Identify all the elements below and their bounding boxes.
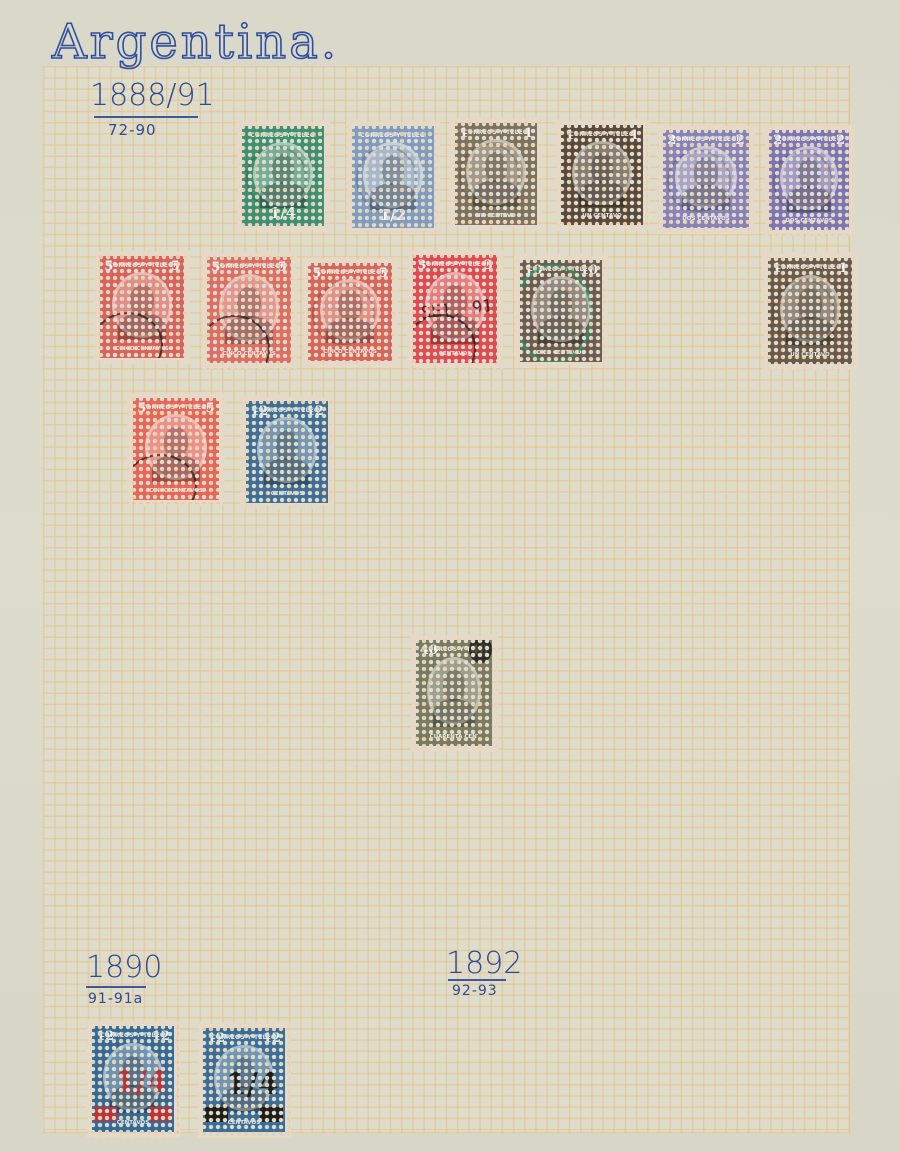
portrait-bust [433,699,476,727]
stamp-design: CORREOS Y TELEGRAFOS22DOS CENTAVOS [663,130,749,228]
stamp-5-s7: CORREOS Y TELEGRAFOS55CINCO CENTAVOS [94,250,190,364]
stamp-design: CORREOS Y TELEGRAFOS1010DIEZ CENTAVOS [520,260,602,362]
stamp-design: CORREOS Y TELEGRAFOS11UN CENTAVO [455,123,537,225]
portrait-head [164,427,188,458]
stamp-design: CORREOS Y TELEGRAFOS1212CENTAVOS [246,401,328,503]
stamp-denomination: 2 [667,134,676,147]
stamp-denomination: 40 [420,644,438,657]
portrait-head [276,430,299,461]
section-underline [448,979,506,981]
stamp-12-s14: CORREOS Y TELEGRAFOS1212CENTAVOS [240,395,334,509]
postmark-cancel [356,146,417,211]
stamp-denomination: 5 [171,260,180,273]
stamp-bottom-label: UN CENTAVO [470,213,523,219]
portrait-bust [579,181,625,207]
stamp-bottom-label: UN CENTAVO [576,213,629,219]
stamp-1-s3: CORREOS Y TELEGRAFOS11UN CENTAVO [449,117,543,231]
stamp-denomination: 1 [565,129,574,142]
stamp-denomination: 5 [379,267,388,280]
stamp-design: CORREOS Y TELEGRAFOS55CINCO CENTAVOS [308,263,392,361]
stamp-top-label: CORREOS Y TELEGRAFOS [142,404,211,411]
stamp-bottom-label: CINCO CENTAVOS [323,349,377,355]
section-catalog-92-93: 92-93 [452,983,498,999]
stamp-1-s4: CORREOS Y TELEGRAFOS11UN CENTAVO [555,119,649,231]
stamp-top-label: CORREOS Y TELEGRAFOS [672,136,741,143]
postmark-cancel [312,283,375,346]
stamp-denomination: 1 [630,129,639,142]
surcharge-overprint: 1/4 [226,1070,279,1100]
stamp-bottom-label: CUARENTA CENTS [430,734,479,740]
section-underline [86,986,146,988]
stamp-bottom-label: DOS CENTAVOS [678,216,733,222]
stamp-design: CORREOS Y TELEGRAFOS55CINCO CENTAVOS [100,256,184,358]
stamp-denomination: 2 [836,134,845,147]
stamp-1-2-s2: CORREOS Y TELEGRAFOS1/2 [346,120,440,234]
country-title: Argentina. [52,14,339,70]
portrait-head [591,153,614,183]
stamp-design: CORREOS Y TELEGRAFOS1/2 [352,126,434,228]
stamp-denomination: 5 [137,402,146,415]
stamp-top-label: CORREOS Y TELEGRAFOS [776,264,843,271]
stamp-denomination: 1 [839,262,848,275]
stamp-40-s15: CORREOS Y TELEGRAFOS4040CUARENTA CENTS [410,634,498,752]
stamp-denomination: 10 [580,264,598,277]
stamp-design: CORREOS Y TELEGRAFOS1212CENTAVOS1/4 [203,1028,285,1132]
stamp-bottom-label: UN CENTAVO [783,352,837,358]
stamp-design: CORREOS Y TELEGRAFOS55CINCO CENTAVOS [133,398,219,500]
surcharge-overprint: 1/4 [115,1068,168,1098]
postmark-cancel [469,640,492,663]
stamp-5-s8: CORREOS Y TELEGRAFOS55CINCO CENTAVOS [201,251,297,369]
stamp-top-label: CORREOS Y TELEGRAFOS [108,262,175,269]
stamp-10-s11: CORREOS Y TELEGRAFOS1010DIEZ CENTAVOS [514,254,608,368]
stamp-denomination: 12 [152,1030,170,1043]
stamp-top-label: CORREOS Y TELEGRAFOS [250,132,316,139]
stamp-top-label: CORREOS Y TELEGRAFOS [777,136,841,143]
portrait-head [237,287,261,319]
stamp-top-label: CORREOS Y TELEGRAFOS [360,132,426,139]
portrait-head [130,285,154,316]
section-year-1888-91: 1888/91 [90,78,215,113]
stamp-denomination: 3 [484,259,493,272]
stamp-5-s9: CORREOS Y TELEGRAFOS55CINCO CENTAVOS [302,257,398,367]
stamp-bottom-label: CENTAVOS [261,491,314,497]
stamp-denomination: 12 [250,405,268,418]
stamp-design: CORREOS Y TELEGRAFOS33CENTAVOSSET. 91 [413,255,497,363]
stamp-denomination: 5 [278,261,287,274]
stamp-design: CORREOS Y TELEGRAFOS11UN CENTAVO [561,125,643,225]
stamp-1-s12: CORREOS Y TELEGRAFOS11UN CENTAVO [762,252,858,370]
stamp-denomination: 1 [524,127,533,140]
stamp-denomination: 5 [104,260,113,273]
stamp-denomination: 1 [459,127,468,140]
stamp-design: CORREOS Y TELEGRAFOS1212CENTAVOS1/4 [92,1026,174,1132]
stamp-denomination: 12 [96,1030,114,1043]
stamp-2-s6: CORREOS Y TELEGRAFOS22DOS CENTAVOS [763,124,855,236]
stamp-bottom-label: DOS CENTAVOS [783,218,834,224]
stamp-denomination: 5 [211,261,220,274]
section-year-1892: 1892 [446,946,522,981]
stamp-denomination: 12 [306,405,324,418]
stamp-top-label: CORREOS Y TELEGRAFOS [215,263,282,270]
stamp-design: CORREOS Y TELEGRAFOS11UN CENTAVO [768,258,852,364]
stamp-denomination: 2 [773,134,782,147]
postmark-cancel [246,146,307,210]
stamp-5-s13: CORREOS Y TELEGRAFOS55CINCO CENTAVOS [127,392,225,506]
stamp-12-s17: CORREOS Y TELEGRAFOS1212CENTAVOS1/4 [197,1022,291,1138]
stamp-denomination: 2 [736,134,745,147]
postmark-cancel [520,264,593,362]
stamp-top-label: CORREOS Y TELEGRAFOS [316,269,383,276]
portrait-bust [264,458,310,485]
postmark-cancel [459,143,520,208]
stamp-design: CORREOS Y TELEGRAFOS4040CUARENTA CENTS [416,640,492,746]
postmark-cancel [772,279,835,347]
stamp-denomination: 12 [263,1032,281,1045]
stamp-denomination: 3 [417,259,426,272]
stamp-1-4-s1: CORREOS Y TELEGRAFOS1/4 [236,120,330,232]
section-catalog-91-91a: 91-91a [88,991,143,1007]
stamp-top-label: CORREOS Y TELEGRAFOS [421,261,488,268]
stamp-design: CORREOS Y TELEGRAFOS1/4 [242,126,324,226]
surcharge-bar [205,1107,228,1122]
surcharge-bar [260,1107,283,1122]
stamp-design: CORREOS Y TELEGRAFOS22DOS CENTAVOS [769,130,849,230]
section-underline [94,116,198,118]
stamp-denomination: 5 [206,402,215,415]
postmark-cancel [773,150,833,214]
portrait-head [443,670,464,702]
surcharge-bar [94,1107,117,1122]
stamp-denomination: 12 [207,1032,225,1045]
stamp-12-s16: CORREOS Y TELEGRAFOS1212CENTAVOS1/4 [86,1020,180,1138]
stamp-top-label: CORREOS Y TELEGRAFOS [463,129,529,136]
section-year-1890: 1890 [86,950,162,985]
section-catalog-72-90: 72-90 [108,121,157,139]
stamp-top-label: CORREOS Y TELEGRAFOS [569,131,635,138]
stamp-2-s5: CORREOS Y TELEGRAFOS22DOS CENTAVOS [657,124,755,234]
stamp-denomination: 1 [772,262,781,275]
surcharge-bar [149,1107,172,1122]
stamp-3-s10: CORREOS Y TELEGRAFOS33CENTAVOSSET. 91 [407,249,503,369]
stamp-denomination: 5 [312,267,321,280]
stamp-design: CORREOS Y TELEGRAFOS55CINCO CENTAVOS [207,257,291,363]
album-page: Argentina. 1888/91 72-90 1890 91-91a 189… [0,0,900,1152]
